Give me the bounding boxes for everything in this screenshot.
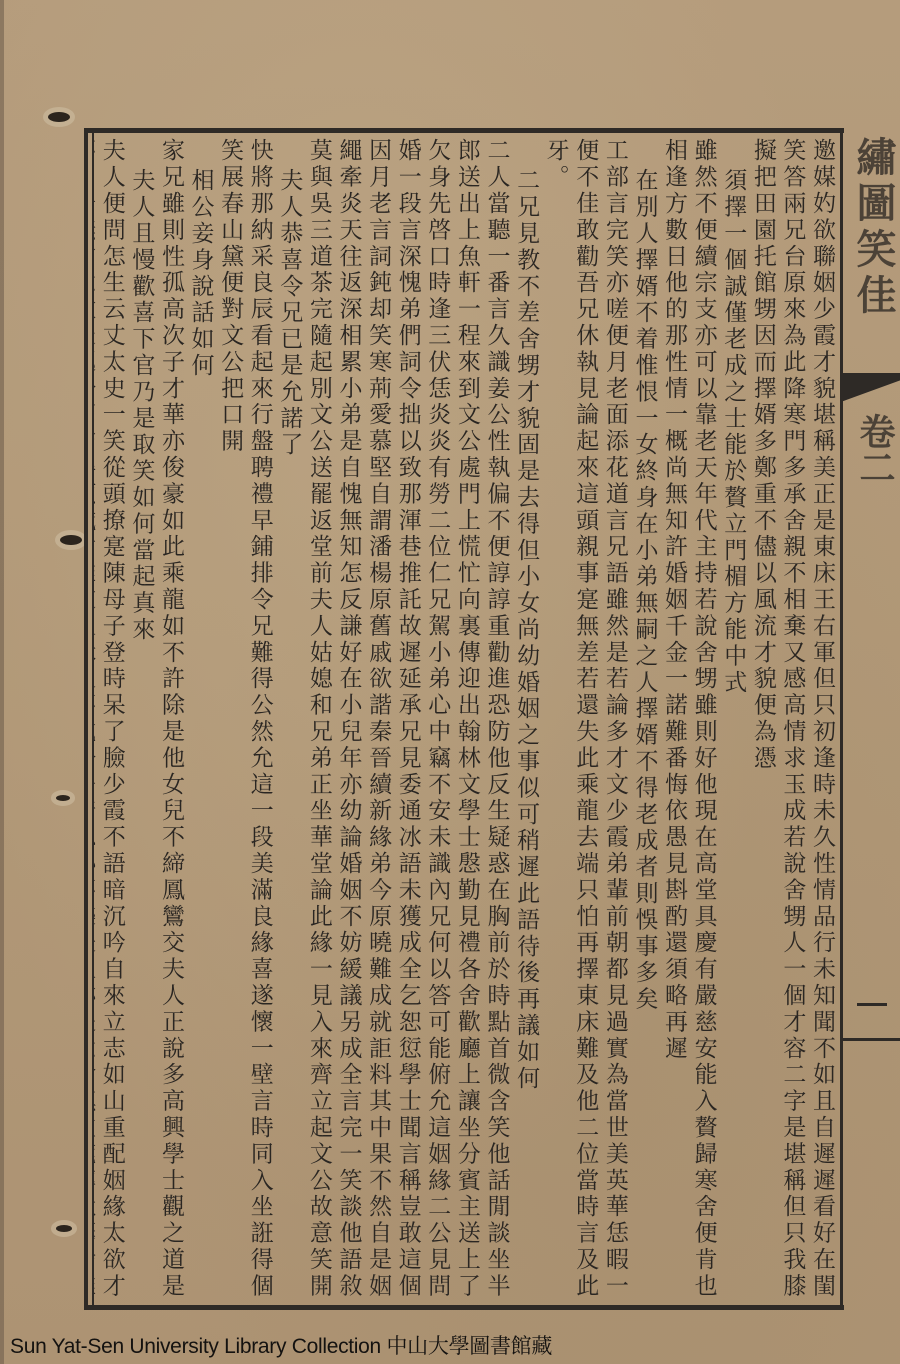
- text-column: 相逢方數日他的那性情一概尚無知許婚姻千金一諾難番悔依愚見斟酌還須略再遲: [658, 138, 688, 1300]
- text-column: 笑答兩兄台原來為此降寒門多承舍親不相棄又感高情求玉成若說舍甥人一個才容二字是堪稱…: [777, 138, 807, 1300]
- text-column: 繩牽炎天往返深相累小弟是自愧無知怎反謙好在小兒年亦幼論婚姻不妨緩議另成全言完一笑…: [333, 138, 363, 1300]
- text-column: 莫與吳三道茶完隨起別文公送罷返堂前夫人姑媳和兄弟正坐華堂論此緣一見入來齊立起文公…: [303, 138, 333, 1300]
- text-column: 二兄見教不差舍甥才貌固是去得但小女尚幼婚姻之事似可稍遲此語待後再議如何: [510, 138, 540, 1300]
- text-column: 須擇一個誠僅老成之士能於贅立門楣方能中式: [718, 138, 748, 1300]
- library-caption: Sun Yat-Sen University Library Collectio…: [10, 1330, 552, 1360]
- text-column: 欠身先啓口時逢三伏恁炎炎有勞二位仁兄駕小弟心中竊不安未識內兄何以答可能俯允這姻緣…: [422, 138, 452, 1300]
- binding-hole: [56, 795, 70, 801]
- fold-margin: 繡圖笑佳 卷二: [843, 128, 900, 1310]
- text-column: 二人當聽一番言久識姜公性執偏不便諄諄重勸進恐防他反生疑惑在胸前於時點首微含笑他話…: [481, 138, 511, 1300]
- text-column: 夫人且慢歡喜下官乃是取笑如何當起真來: [126, 138, 156, 1300]
- text-column: 夫人恭喜令兄已是允諾了: [274, 138, 304, 1300]
- text-column: 相公妾身說話如何: [185, 138, 215, 1300]
- text-column: 郎送出上魚軒一程來到文公處門上慌忙向裏傳迎出翰林文學士慇勤見禮各舍歡廳上讓坐分賓…: [451, 138, 481, 1300]
- text-column: 邀媒妁欲聯姻少霞才貌堪稱美正是東床王右軍但只初逢時未久性情品行未知聞不如且自遲遲…: [806, 138, 836, 1300]
- text-column: 牙。: [540, 138, 570, 1300]
- text-column: 擬把田園托館甥因而擇婿多鄭重不儘以風流才貌便為憑: [747, 138, 777, 1300]
- vertical-text-body: 邀媒妁欲聯姻少霞才貌堪稱美正是東床王右軍但只初逢時未久性情品行未知聞不如且自遲遲…: [94, 138, 836, 1300]
- volume-label: 卷二: [855, 413, 895, 485]
- scanned-page: 繡圖笑佳 卷二 邀媒妁欲聯姻少霞才貌堪稱美正是東床王右軍但只初逢時未久性情品行未…: [0, 0, 900, 1364]
- frame-left-double-rule: [84, 128, 94, 1310]
- text-column: 在別人擇婿不着惟恨一女終身在小弟無嗣之人擇婿不得老成者則悞事多矣: [629, 138, 659, 1300]
- text-column: 笑展春山黛便對文公把口開: [215, 138, 245, 1300]
- text-column: 不了一無當意故逡巡今朝訪得傾城女誰道良緣又不成公子暗思心不樂夫人亦是意含嗔重轆轉…: [94, 138, 96, 1300]
- binding-hole: [60, 535, 82, 545]
- text-column: 便不佳敢勸吾兄休執見論起來這頭親事寔無差若還失此乘龍去端只怕再擇東床難及他二位當…: [570, 138, 600, 1300]
- page-edge: [0, 0, 4, 1364]
- text-column: 雖然不便續宗支亦可以靠老天年代主持若說舍甥雖則好他現在高堂具慶有嚴慈安能入贅歸寒…: [688, 138, 718, 1300]
- text-column: 夫人便問怎生云丈太史一笑從頭撩寔陳母子登時呆了臉少霞不語暗沉吟自來立志如山重配姻…: [96, 138, 126, 1300]
- book-title: 繡圖笑佳: [851, 136, 895, 320]
- binding-hole: [56, 1225, 72, 1232]
- text-column: 快將那納采良辰看起來行盤聘禮早鋪排令兄難得公然允這一段美滿良緣喜遂懷一壁言時同入…: [244, 138, 274, 1300]
- fold-divider: [843, 1038, 900, 1041]
- text-column: 家兄雖則性孤高次子才華亦俊豪如此乘龍如不許除是他女兒不締鳳鸞交夫人正說多高興學士…: [155, 138, 185, 1300]
- page-number-mark: [857, 1003, 887, 1006]
- fishtail-mark-icon: [843, 373, 900, 403]
- text-column: 工部言完笑亦嗟便月老面添花道言兄語雖然是若論多才文少霞弟輩前朝都見過實為當世美英…: [599, 138, 629, 1300]
- binding-hole: [48, 112, 70, 122]
- text-column: 婚一段言深愧弟們詞令拙以致那渾巷推託故遲延承兄見委通冰語未獲成全乞恕愆學士聞言稱…: [392, 138, 422, 1300]
- text-column: 因月老言詞鈍却笑寒荊愛慕堅自謂潘楊原舊戚欲諧秦晉續新緣弟今原曉難成就詎料其中果不…: [363, 138, 393, 1300]
